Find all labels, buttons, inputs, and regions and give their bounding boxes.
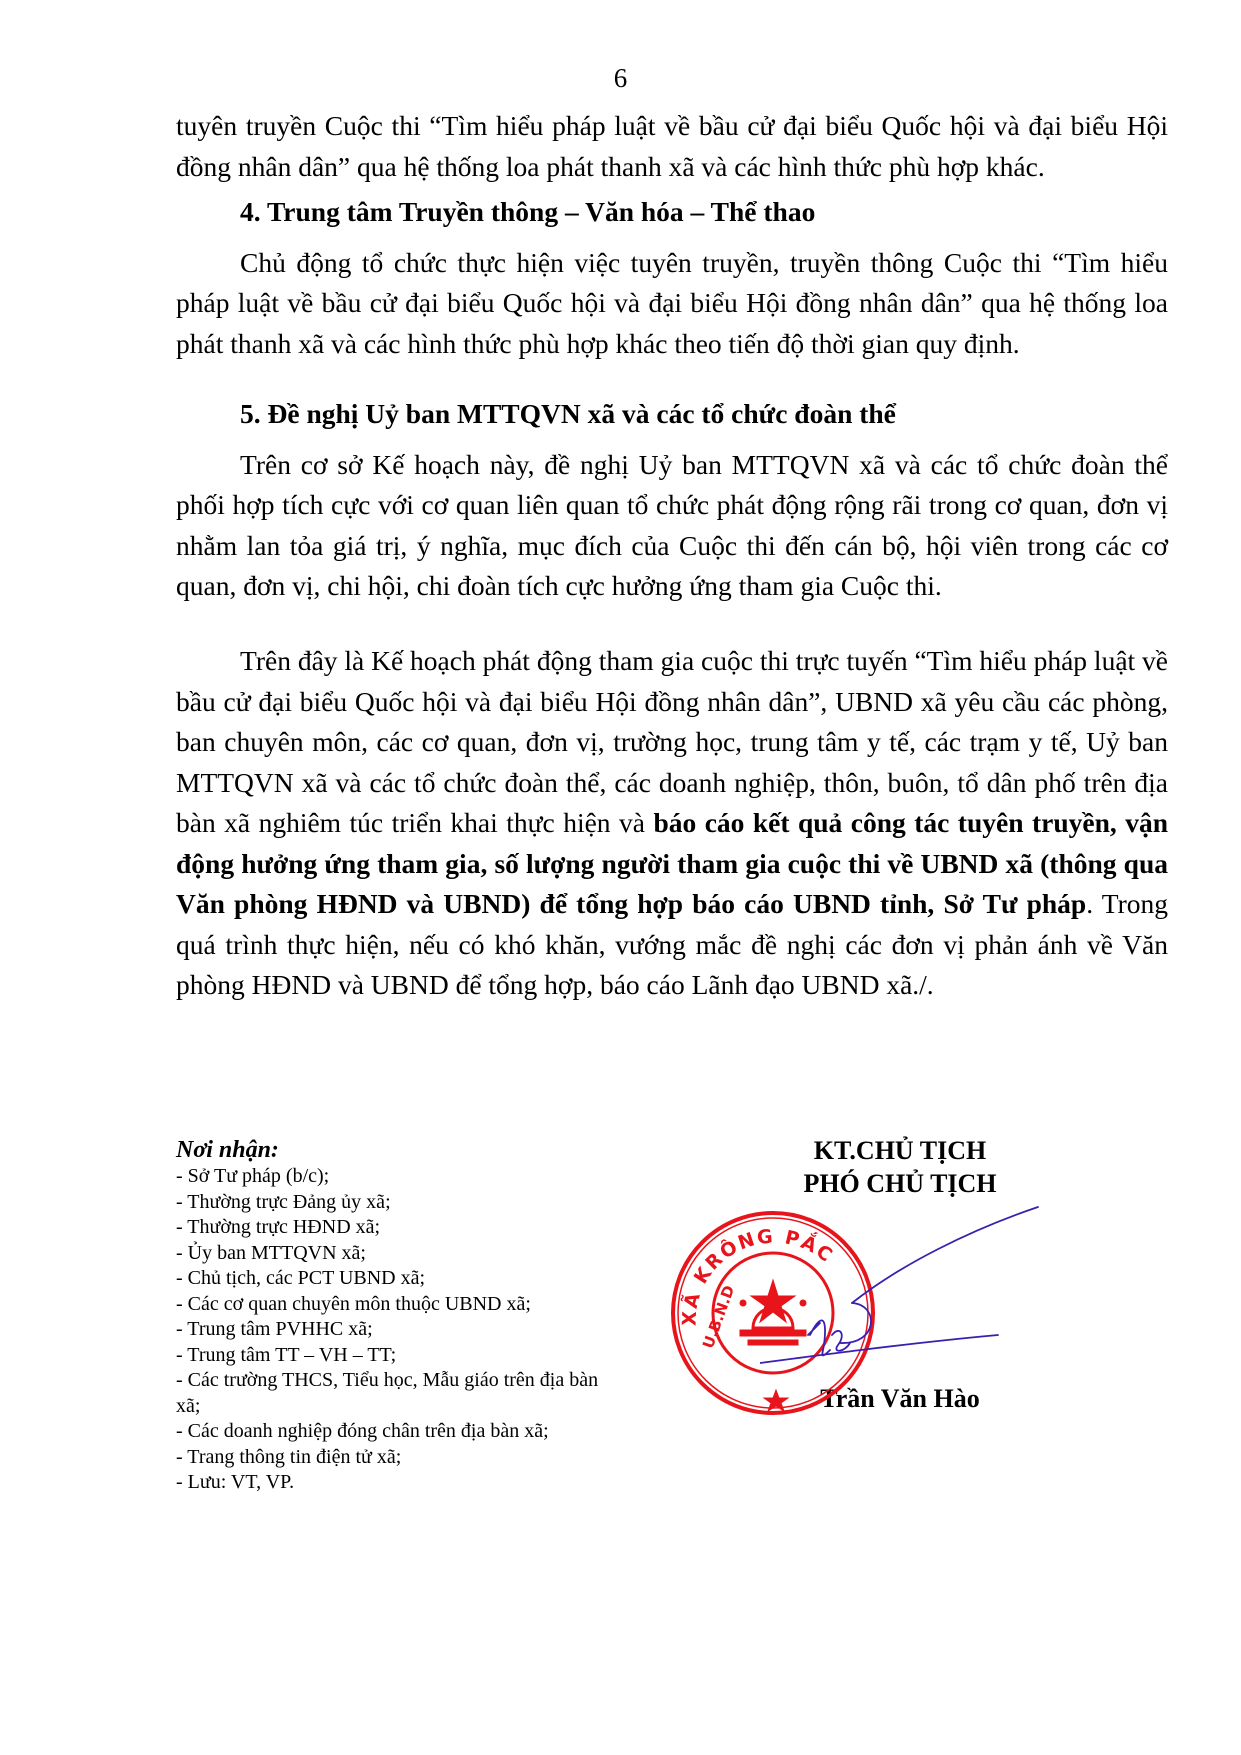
recipient-item: - Trung tâm PVHHC xã; [176, 1317, 616, 1343]
recipient-item: - Các cơ quan chuyên môn thuộc UBND xã; [176, 1292, 616, 1318]
recipient-item: - Trang thông tin điện tử xã; [176, 1445, 616, 1471]
signature-block: KT.CHỦ TỊCH PHÓ CHỦ TỊCH Trần Văn Hào [700, 1134, 1100, 1200]
section-4-heading: 4. Trung tâm Truyền thông – Văn hóa – Th… [176, 192, 1168, 233]
recipient-item: - Trung tâm TT – VH – TT; [176, 1343, 616, 1369]
recipient-item: - Các doanh nghiệp đóng chân trên địa bà… [176, 1419, 616, 1445]
section-4-paragraph: Chủ động tổ chức thực hiện việc tuyên tr… [176, 243, 1168, 365]
recipient-item: - Lưu: VT, VP. [176, 1470, 616, 1496]
signatory-title-1: KT.CHỦ TỊCH [700, 1134, 1100, 1167]
recipient-item: - Ủy ban MTTQVN xã; [176, 1241, 616, 1267]
body-continuation: tuyên truyền Cuộc thi “Tìm hiểu pháp luậ… [176, 106, 1168, 187]
recipient-item: - Sở Tư pháp (b/c); [176, 1164, 616, 1190]
closing-paragraph: Trên đây là Kế hoạch phát động tham gia … [176, 641, 1168, 1006]
section-5-paragraph: Trên cơ sở Kế hoạch này, đề nghị Uỷ ban … [176, 445, 1168, 607]
paragraph-continuation: tuyên truyền Cuộc thi “Tìm hiểu pháp luậ… [176, 106, 1168, 187]
document-page: 6 tuyên truyền Cuộc thi “Tìm hiểu pháp l… [0, 0, 1241, 1755]
section-4: 4. Trung tâm Truyền thông – Văn hóa – Th… [176, 192, 1168, 364]
recipient-item: - Chủ tịch, các PCT UBND xã; [176, 1266, 616, 1292]
recipients-block: Nơi nhận: - Sở Tư pháp (b/c); - Thường t… [176, 1137, 616, 1496]
recipient-item: - Các trường THCS, Tiểu học, Mẫu giáo tr… [176, 1368, 616, 1419]
recipient-item: - Thường trực HĐND xã; [176, 1215, 616, 1241]
recipient-item: - Thường trực Đảng ủy xã; [176, 1190, 616, 1216]
recipients-list: - Sở Tư pháp (b/c); - Thường trực Đảng ủ… [176, 1164, 616, 1496]
handwritten-signature-icon [760, 1195, 1060, 1415]
page-number: 6 [0, 63, 1241, 94]
recipients-title: Nơi nhận: [176, 1137, 616, 1164]
section-5: 5. Đề nghị Uỷ ban MTTQVN xã và các tổ ch… [176, 394, 1168, 607]
closing-section: Trên đây là Kế hoạch phát động tham gia … [176, 641, 1168, 1006]
section-5-heading: 5. Đề nghị Uỷ ban MTTQVN xã và các tổ ch… [176, 394, 1168, 435]
